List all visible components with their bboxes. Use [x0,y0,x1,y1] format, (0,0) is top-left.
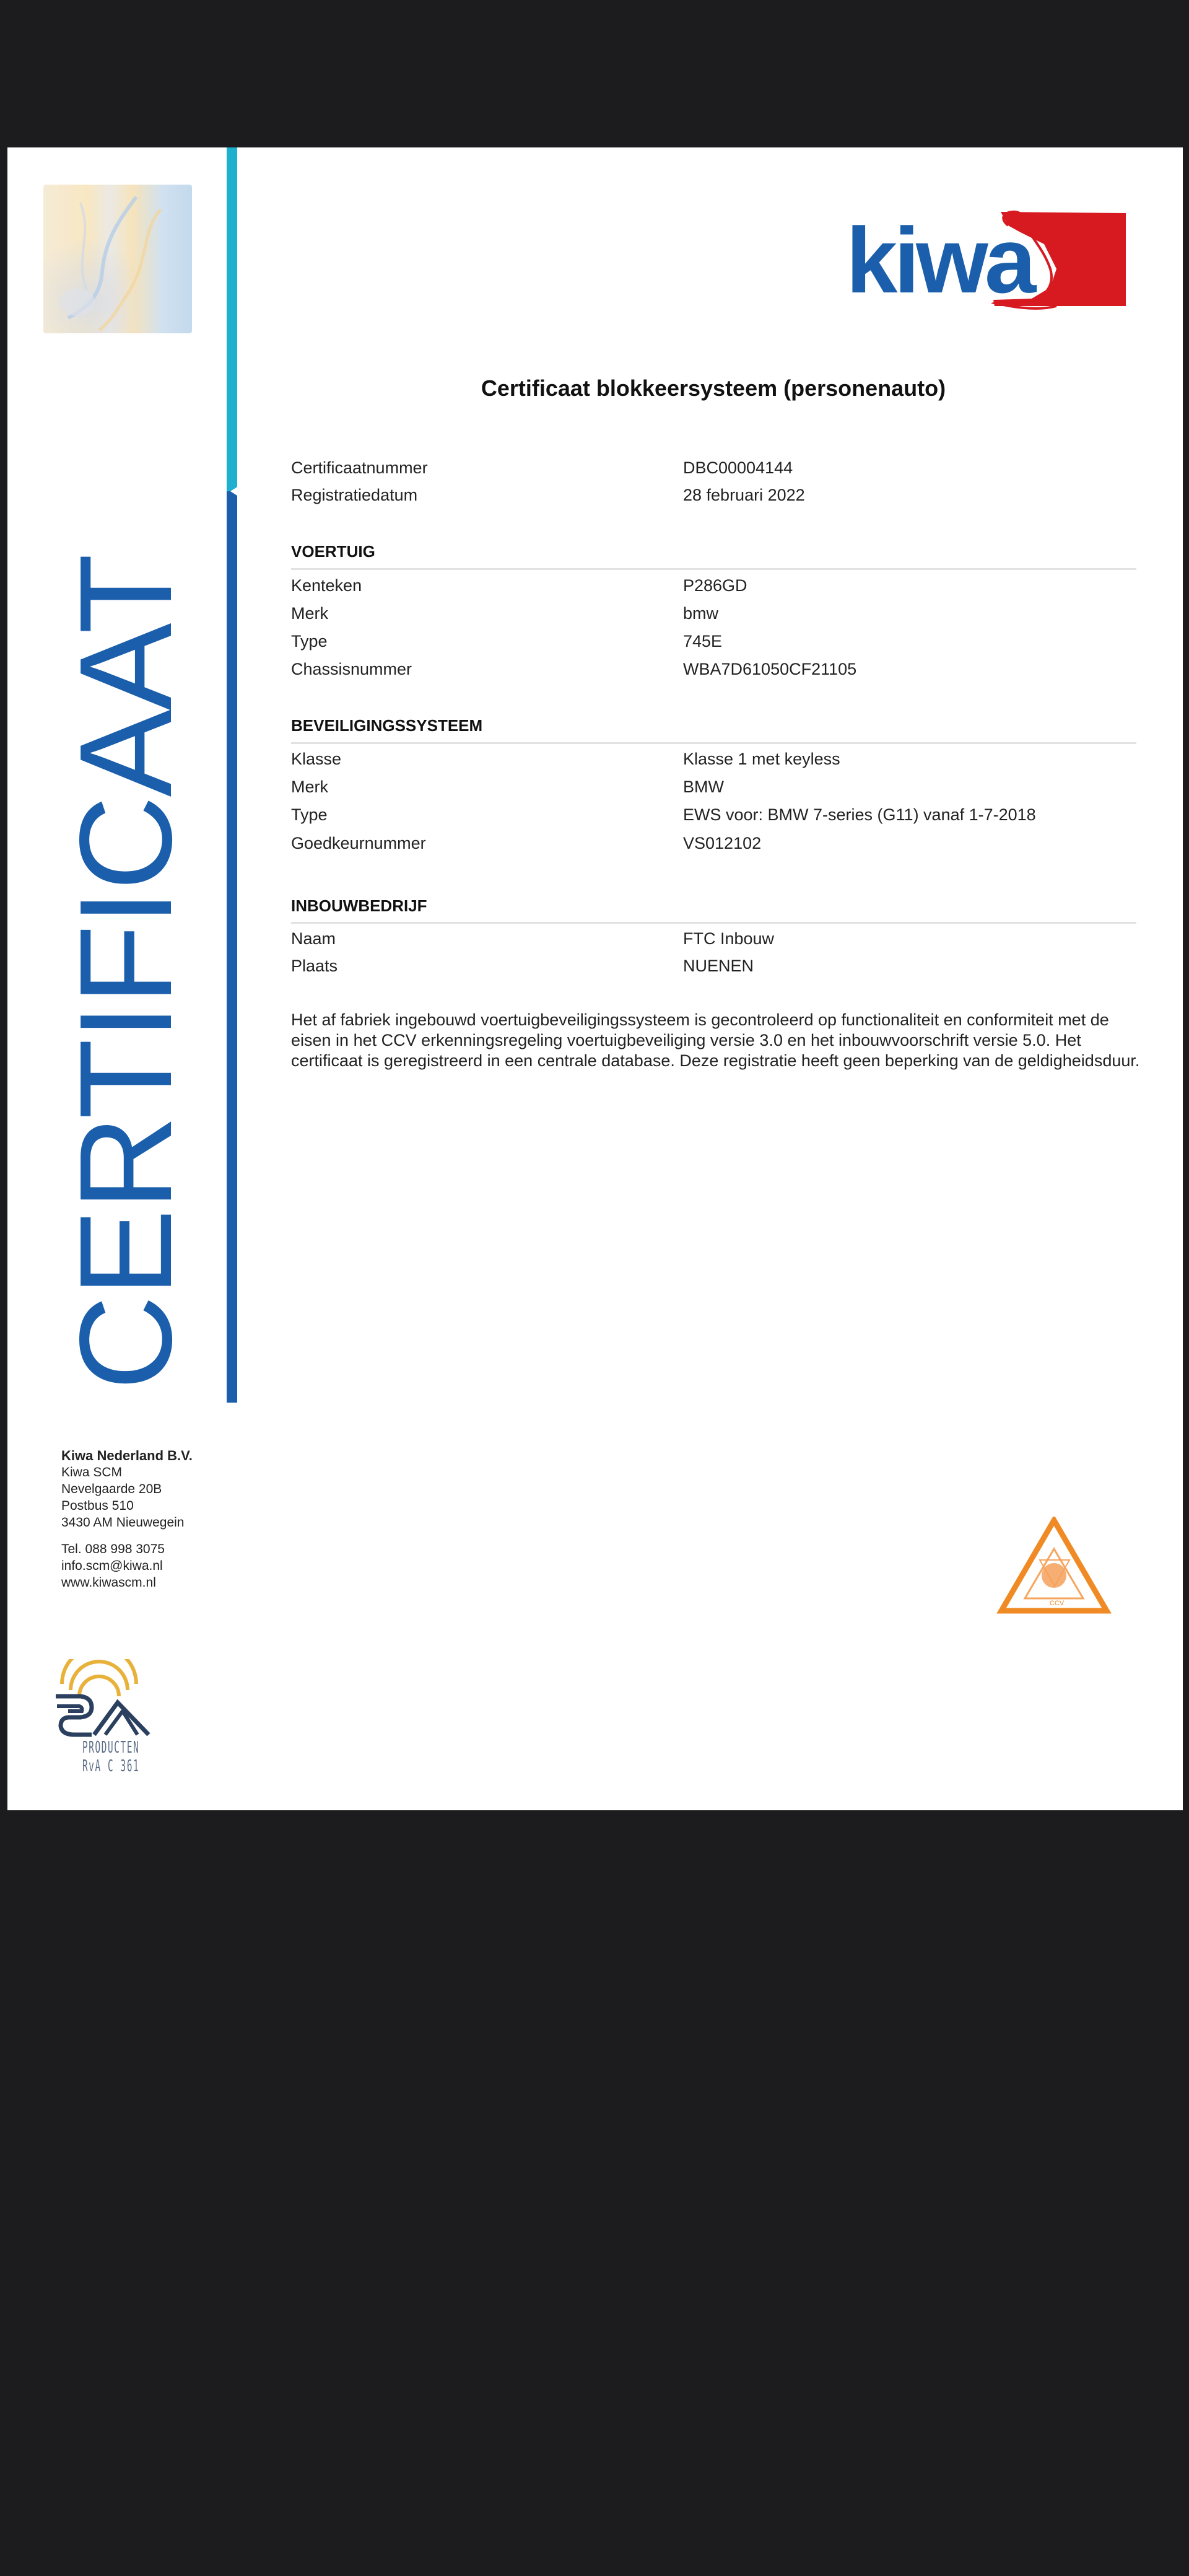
kiwa-logo: kiwa [846,207,1130,312]
field-label: Type [291,805,328,825]
field-label: Goedkeurnummer [291,834,426,853]
section-divider [291,568,1136,570]
decorative-artwork [43,185,192,333]
field-label: Kenteken [291,576,362,595]
svg-text:CCV: CCV [1050,1600,1065,1607]
section-title-voertuig: VOERTUIG [291,542,375,561]
vertical-certificaat-title: CERTIFICAAT [61,486,191,1390]
certificate-page: CERTIFICAAT kiwa Certificaat blokkeersys… [7,147,1183,1810]
warning-triangle-seal-icon: CCV [996,1517,1112,1616]
rva-line-producten: PRODUCTEN [82,1738,139,1757]
accent-bar-blue [227,496,237,1403]
issuer-website: www.kiwascm.nl [61,1574,193,1591]
field-value: NUENEN [683,957,754,976]
certificate-title: Certificaat blokkeersysteem (personenaut… [268,375,1159,401]
section-title-beveiligingssysteem: BEVEILIGINGSSYSTEEM [291,716,482,735]
field-label: Naam [291,929,336,948]
field-label: Type [291,632,328,651]
issuer-postal-city: 3430 AM Nieuwegein [61,1514,193,1531]
issuer-company: Kiwa Nederland B.V. [61,1447,193,1464]
issuer-department: Kiwa SCM [61,1464,193,1481]
field-value: BMW [683,778,724,797]
field-label: Merk [291,778,328,797]
field-value: EWS voor: BMW 7-series (G11) vanaf 1-7-2… [683,805,1036,825]
field-label: Plaats [291,957,338,976]
field-value: FTC Inbouw [683,929,774,948]
artwork-swirl-icon [43,185,192,333]
field-value: WBA7D61050CF21105 [683,660,856,679]
field-value: DBC00004144 [683,458,793,478]
field-value: 745E [683,632,722,651]
svg-text:kiwa: kiwa [846,208,1037,312]
field-value: 28 februari 2022 [683,486,805,505]
certificate-statement: Het af fabriek ingebouwd voertuigbeveili… [291,1010,1141,1071]
field-label: Klasse [291,750,341,769]
issuer-street: Nevelgaarde 20B [61,1481,193,1497]
field-value: P286GD [683,576,747,595]
rva-accreditation-text: PRODUCTEN RvA C 361 [82,1738,139,1776]
issuer-address: Kiwa Nederland B.V. Kiwa SCM Nevelgaarde… [61,1447,193,1591]
section-divider [291,742,1136,744]
section-title-inbouwbedrijf: INBOUWBEDRIJF [291,896,427,916]
accent-bar-cyan [227,147,237,487]
accent-bar-notch [227,487,237,496]
field-label: Chassisnummer [291,660,412,679]
rva-line-number: RvA C 361 [82,1757,139,1776]
section-divider [291,922,1136,924]
issuer-po-box: Postbus 510 [61,1497,193,1514]
field-value: VS012102 [683,834,761,853]
field-label: Registratiedatum [291,486,417,505]
field-label: Certificaatnummer [291,458,428,478]
issuer-phone: Tel. 088 998 3075 [61,1541,193,1557]
field-value: Klasse 1 met keyless [683,750,840,769]
field-label: Merk [291,604,328,623]
field-value: bmw [683,604,718,623]
issuer-email: info.scm@kiwa.nl [61,1557,193,1574]
